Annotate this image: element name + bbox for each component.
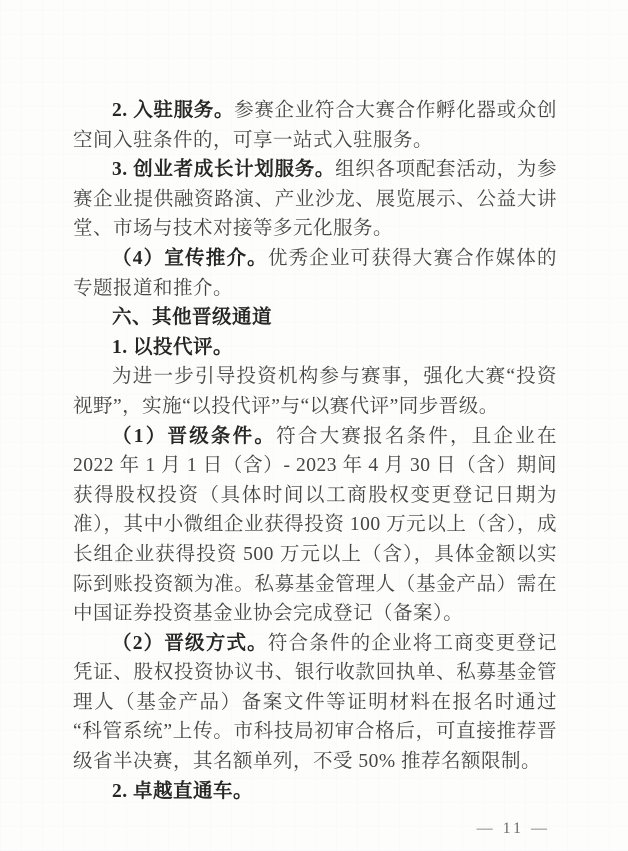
para-promotion-conditions: （1）晋级条件。符合大赛报名条件，且企业在 2022 年 1 月 1 日（含）-…	[73, 422, 557, 629]
heading-other-promotion-channels-label: 六、其他晋级通道	[112, 307, 272, 328]
para-invest-intro-text: 为进一步引导投资机构参与赛事，强化大赛“投资视野”，实施“以投代评”与“以赛代评…	[73, 366, 557, 417]
para-promotion-conditions-lead: （1）晋级条件。	[112, 426, 276, 447]
para-publicity-promotion: （4）宣传推介。优秀企业可获得大赛合作媒体的专题报道和推介。	[73, 244, 557, 303]
para-promotion-method: （2）晋级方式。符合条件的企业将工商变更登记凭证、股权投资协议书、银行收款回执单…	[73, 629, 557, 777]
page-number: — 11 —	[477, 820, 550, 838]
heading-invest-instead-of-eval-label: 1. 以投代评。	[112, 337, 233, 358]
heading-other-promotion-channels: 六、其他晋级通道	[73, 303, 557, 333]
para-invest-intro: 为进一步引导投资机构参与赛事，强化大赛“投资视野”，实施“以投代评”与“以赛代评…	[73, 362, 557, 421]
para-promotion-method-lead: （2）晋级方式。	[112, 633, 268, 654]
document-page: 2. 入驻服务。参赛企业符合大赛合作孵化器或众创空间入驻条件的，可享一站式入驻服…	[0, 0, 628, 851]
heading-excellence-express: 2. 卓越直通车。	[73, 777, 557, 807]
para-promotion-conditions-text: 符合大赛报名条件，且企业在 2022 年 1 月 1 日（含）- 2023 年 …	[73, 426, 557, 625]
para-settle-in-service: 2. 入驻服务。参赛企业符合大赛合作孵化器或众创空间入驻条件的，可享一站式入驻服…	[73, 96, 557, 155]
para-settle-in-service-lead: 2. 入驻服务。	[112, 100, 234, 121]
para-growth-plan-service: 3. 创业者成长计划服务。组织各项配套活动，为参赛企业提供融资路演、产业沙龙、展…	[73, 155, 557, 244]
document-body: 2. 入驻服务。参赛企业符合大赛合作孵化器或众创空间入驻条件的，可享一站式入驻服…	[73, 96, 557, 806]
heading-excellence-express-label: 2. 卓越直通车。	[112, 781, 253, 802]
para-growth-plan-service-lead: 3. 创业者成长计划服务。	[112, 159, 335, 180]
para-publicity-promotion-lead: （4）宣传推介。	[112, 248, 268, 269]
heading-invest-instead-of-eval: 1. 以投代评。	[73, 333, 557, 363]
